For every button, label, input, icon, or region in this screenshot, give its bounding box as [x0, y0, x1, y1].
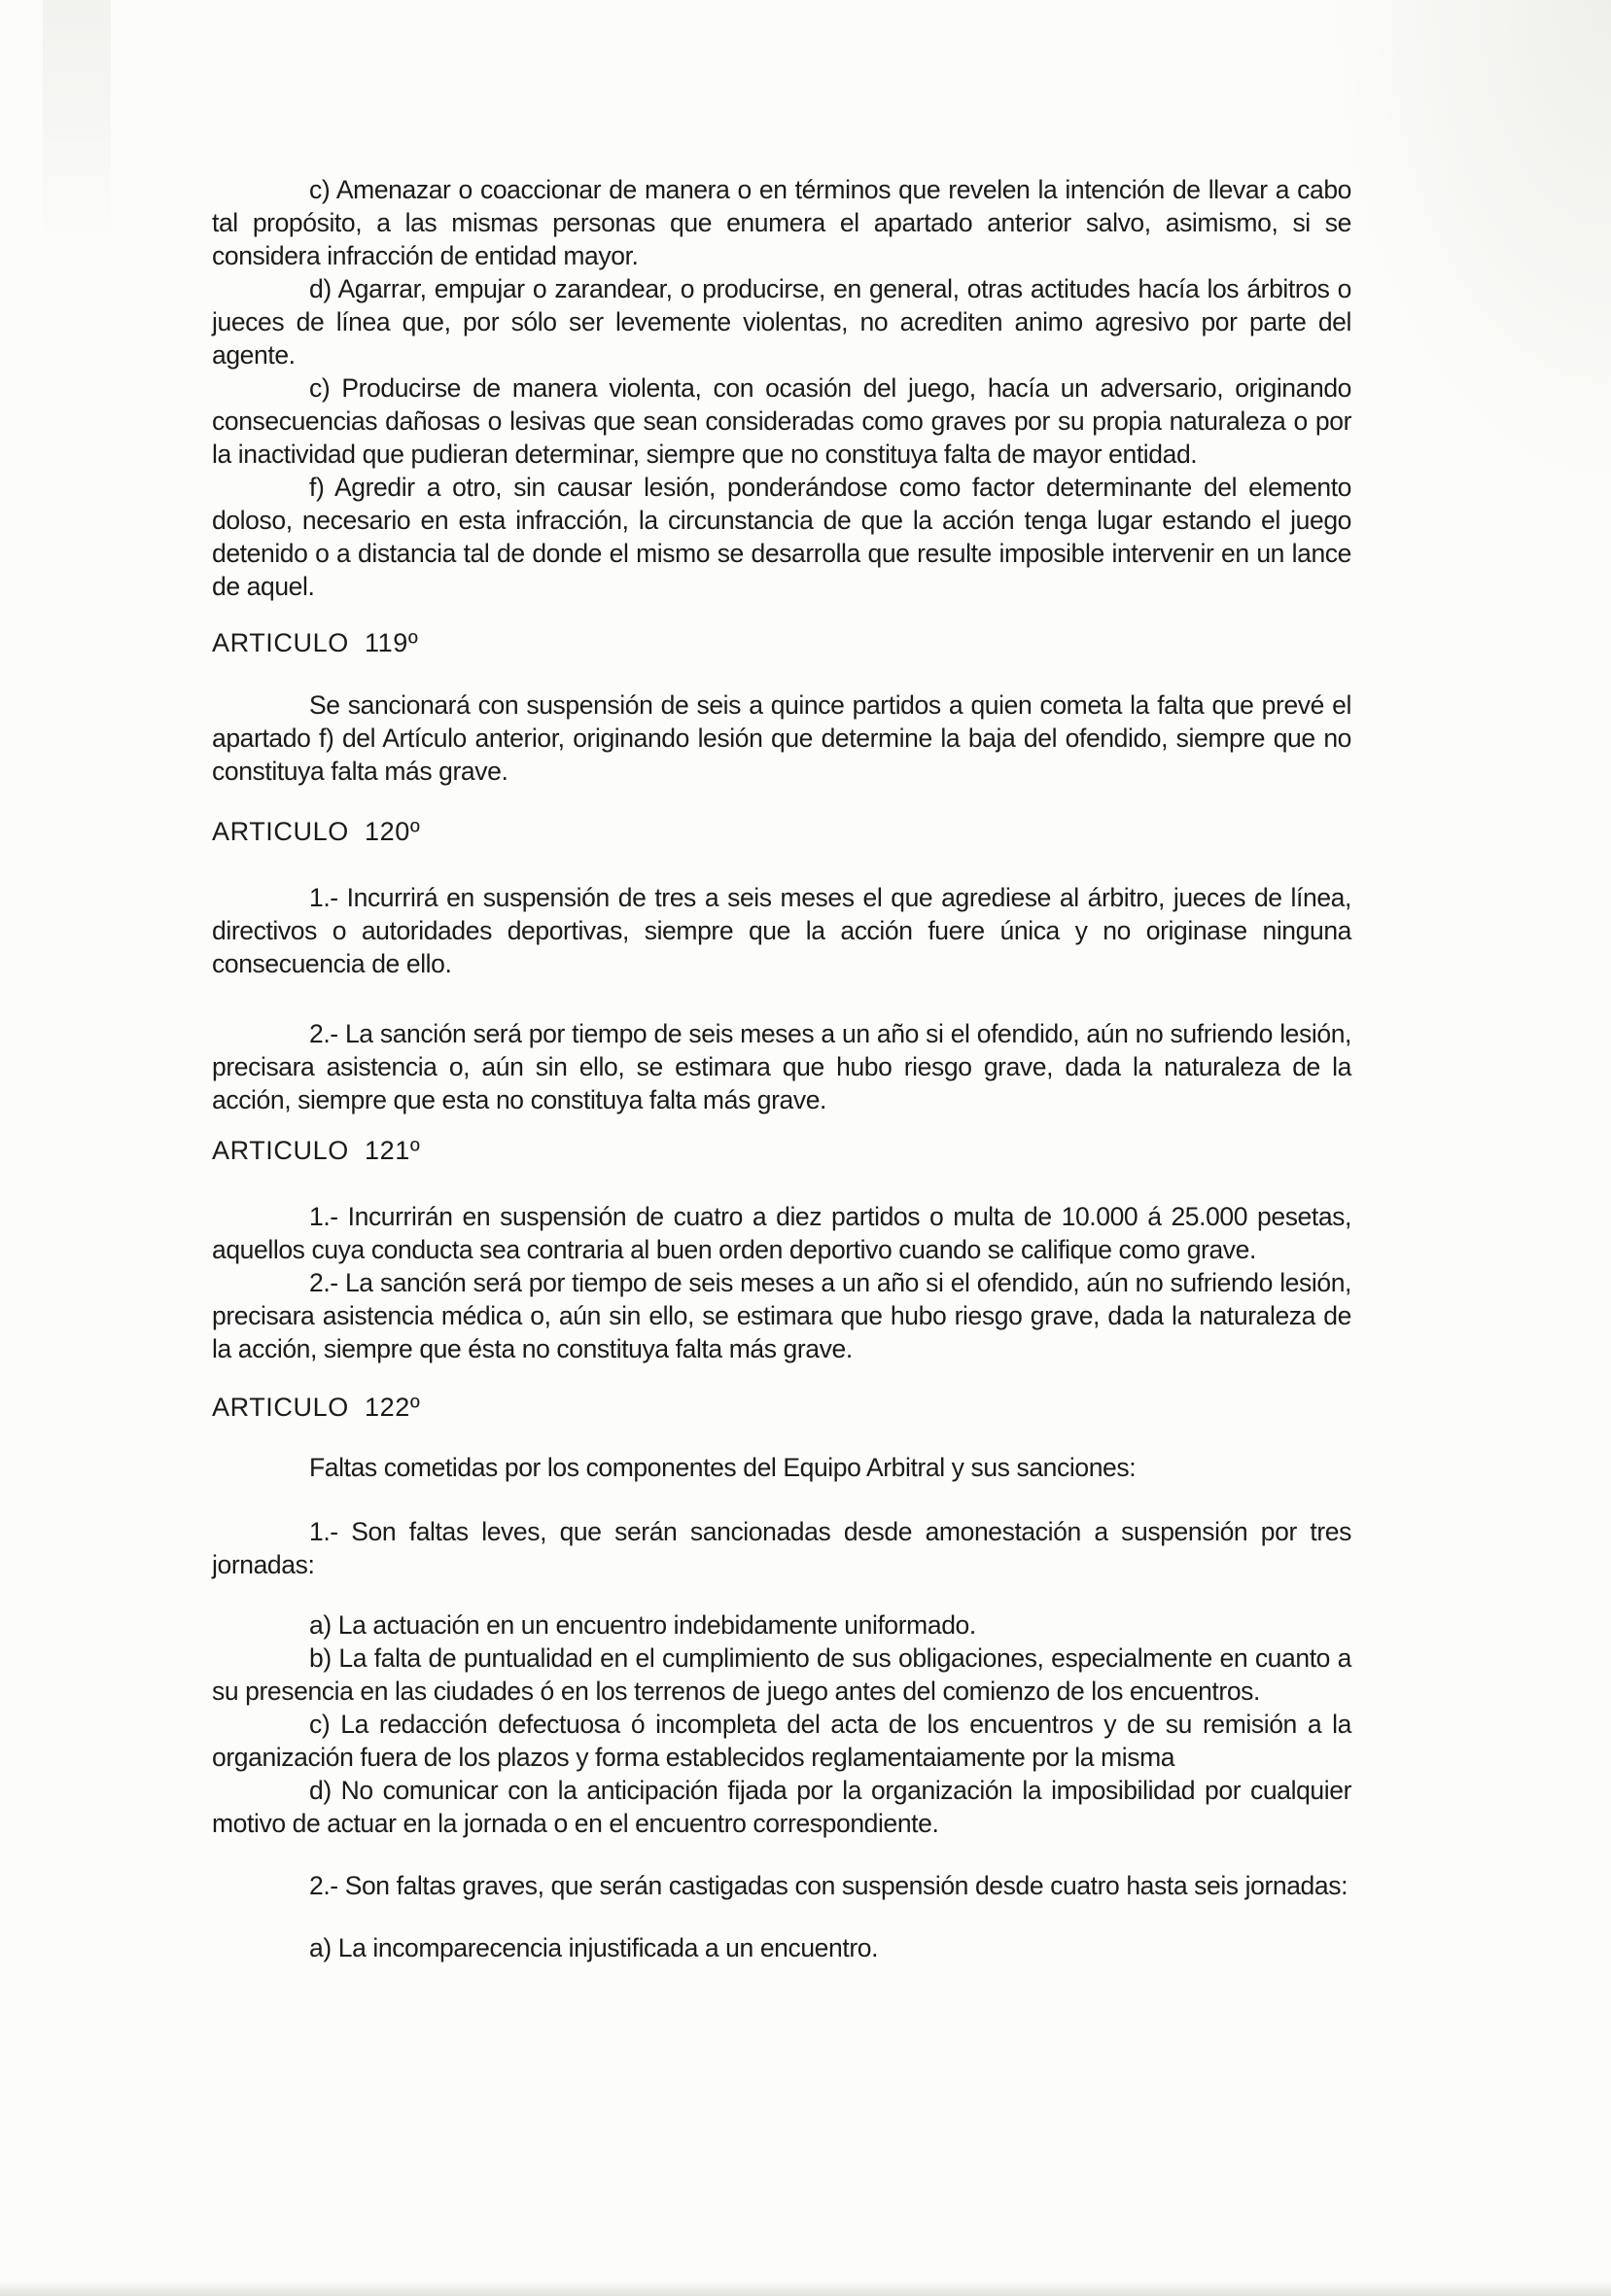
paragraph-articulo-120-1: 1.- Incurrirá en suspensión de tres a se… — [212, 881, 1351, 980]
paragraph-articulo-120-2: 2.- La sanción será por tiempo de seis m… — [212, 1017, 1351, 1116]
paragraph-articulo-119-body: Se sancionará con suspensión de seis a q… — [212, 689, 1351, 788]
paragraph-articulo-122-1b: b) La falta de puntualidad en el cumplim… — [212, 1642, 1351, 1708]
heading-articulo-119: ARTICULO 119º — [212, 626, 1351, 659]
heading-articulo-122: ARTICULO 122º — [212, 1391, 1351, 1424]
document-content: c) Amenazar o coaccionar de manera o en … — [212, 173, 1351, 1964]
paragraph-apartado-c-amenazar: c) Amenazar o coaccionar de manera o en … — [212, 173, 1351, 272]
heading-articulo-121: ARTICULO 121º — [212, 1134, 1351, 1167]
paragraph-articulo-122-1: 1.- Son faltas leves, que serán sanciona… — [212, 1515, 1351, 1581]
paragraph-apartado-f-agredir: f) Agredir a otro, sin causar lesión, po… — [212, 471, 1351, 603]
paragraph-articulo-122-intro: Faltas cometidas por los componentes del… — [212, 1451, 1351, 1484]
document-page: c) Amenazar o coaccionar de manera o en … — [0, 0, 1611, 2296]
paragraph-articulo-121-2: 2.- La sanción será por tiempo de seis m… — [212, 1266, 1351, 1365]
paragraph-articulo-122-2: 2.- Son faltas graves, que serán castiga… — [212, 1869, 1351, 1902]
heading-articulo-120: ARTICULO 120º — [212, 815, 1351, 848]
paragraph-articulo-122-1a: a) La actuación en un encuentro indebida… — [212, 1608, 1351, 1642]
scan-artifact-top-left — [43, 0, 111, 253]
scan-artifact-top-right — [1319, 0, 1611, 506]
paragraph-articulo-122-2a: a) La incomparecencia injustificada a un… — [212, 1931, 1351, 1964]
paragraph-apartado-c-producirse: c) Producirse de manera violenta, con oc… — [212, 371, 1351, 471]
paragraph-articulo-122-1d: d) No comunicar con la anticipación fija… — [212, 1774, 1351, 1840]
scan-artifact-bottom-edge — [0, 2280, 1611, 2296]
paragraph-apartado-d-agarrar: d) Agarrar, empujar o zarandear, o produ… — [212, 272, 1351, 371]
paragraph-articulo-122-1c: c) La redacción defectuosa ó incompleta … — [212, 1708, 1351, 1774]
paragraph-articulo-121-1: 1.- Incurrirán en suspensión de cuatro a… — [212, 1200, 1351, 1266]
